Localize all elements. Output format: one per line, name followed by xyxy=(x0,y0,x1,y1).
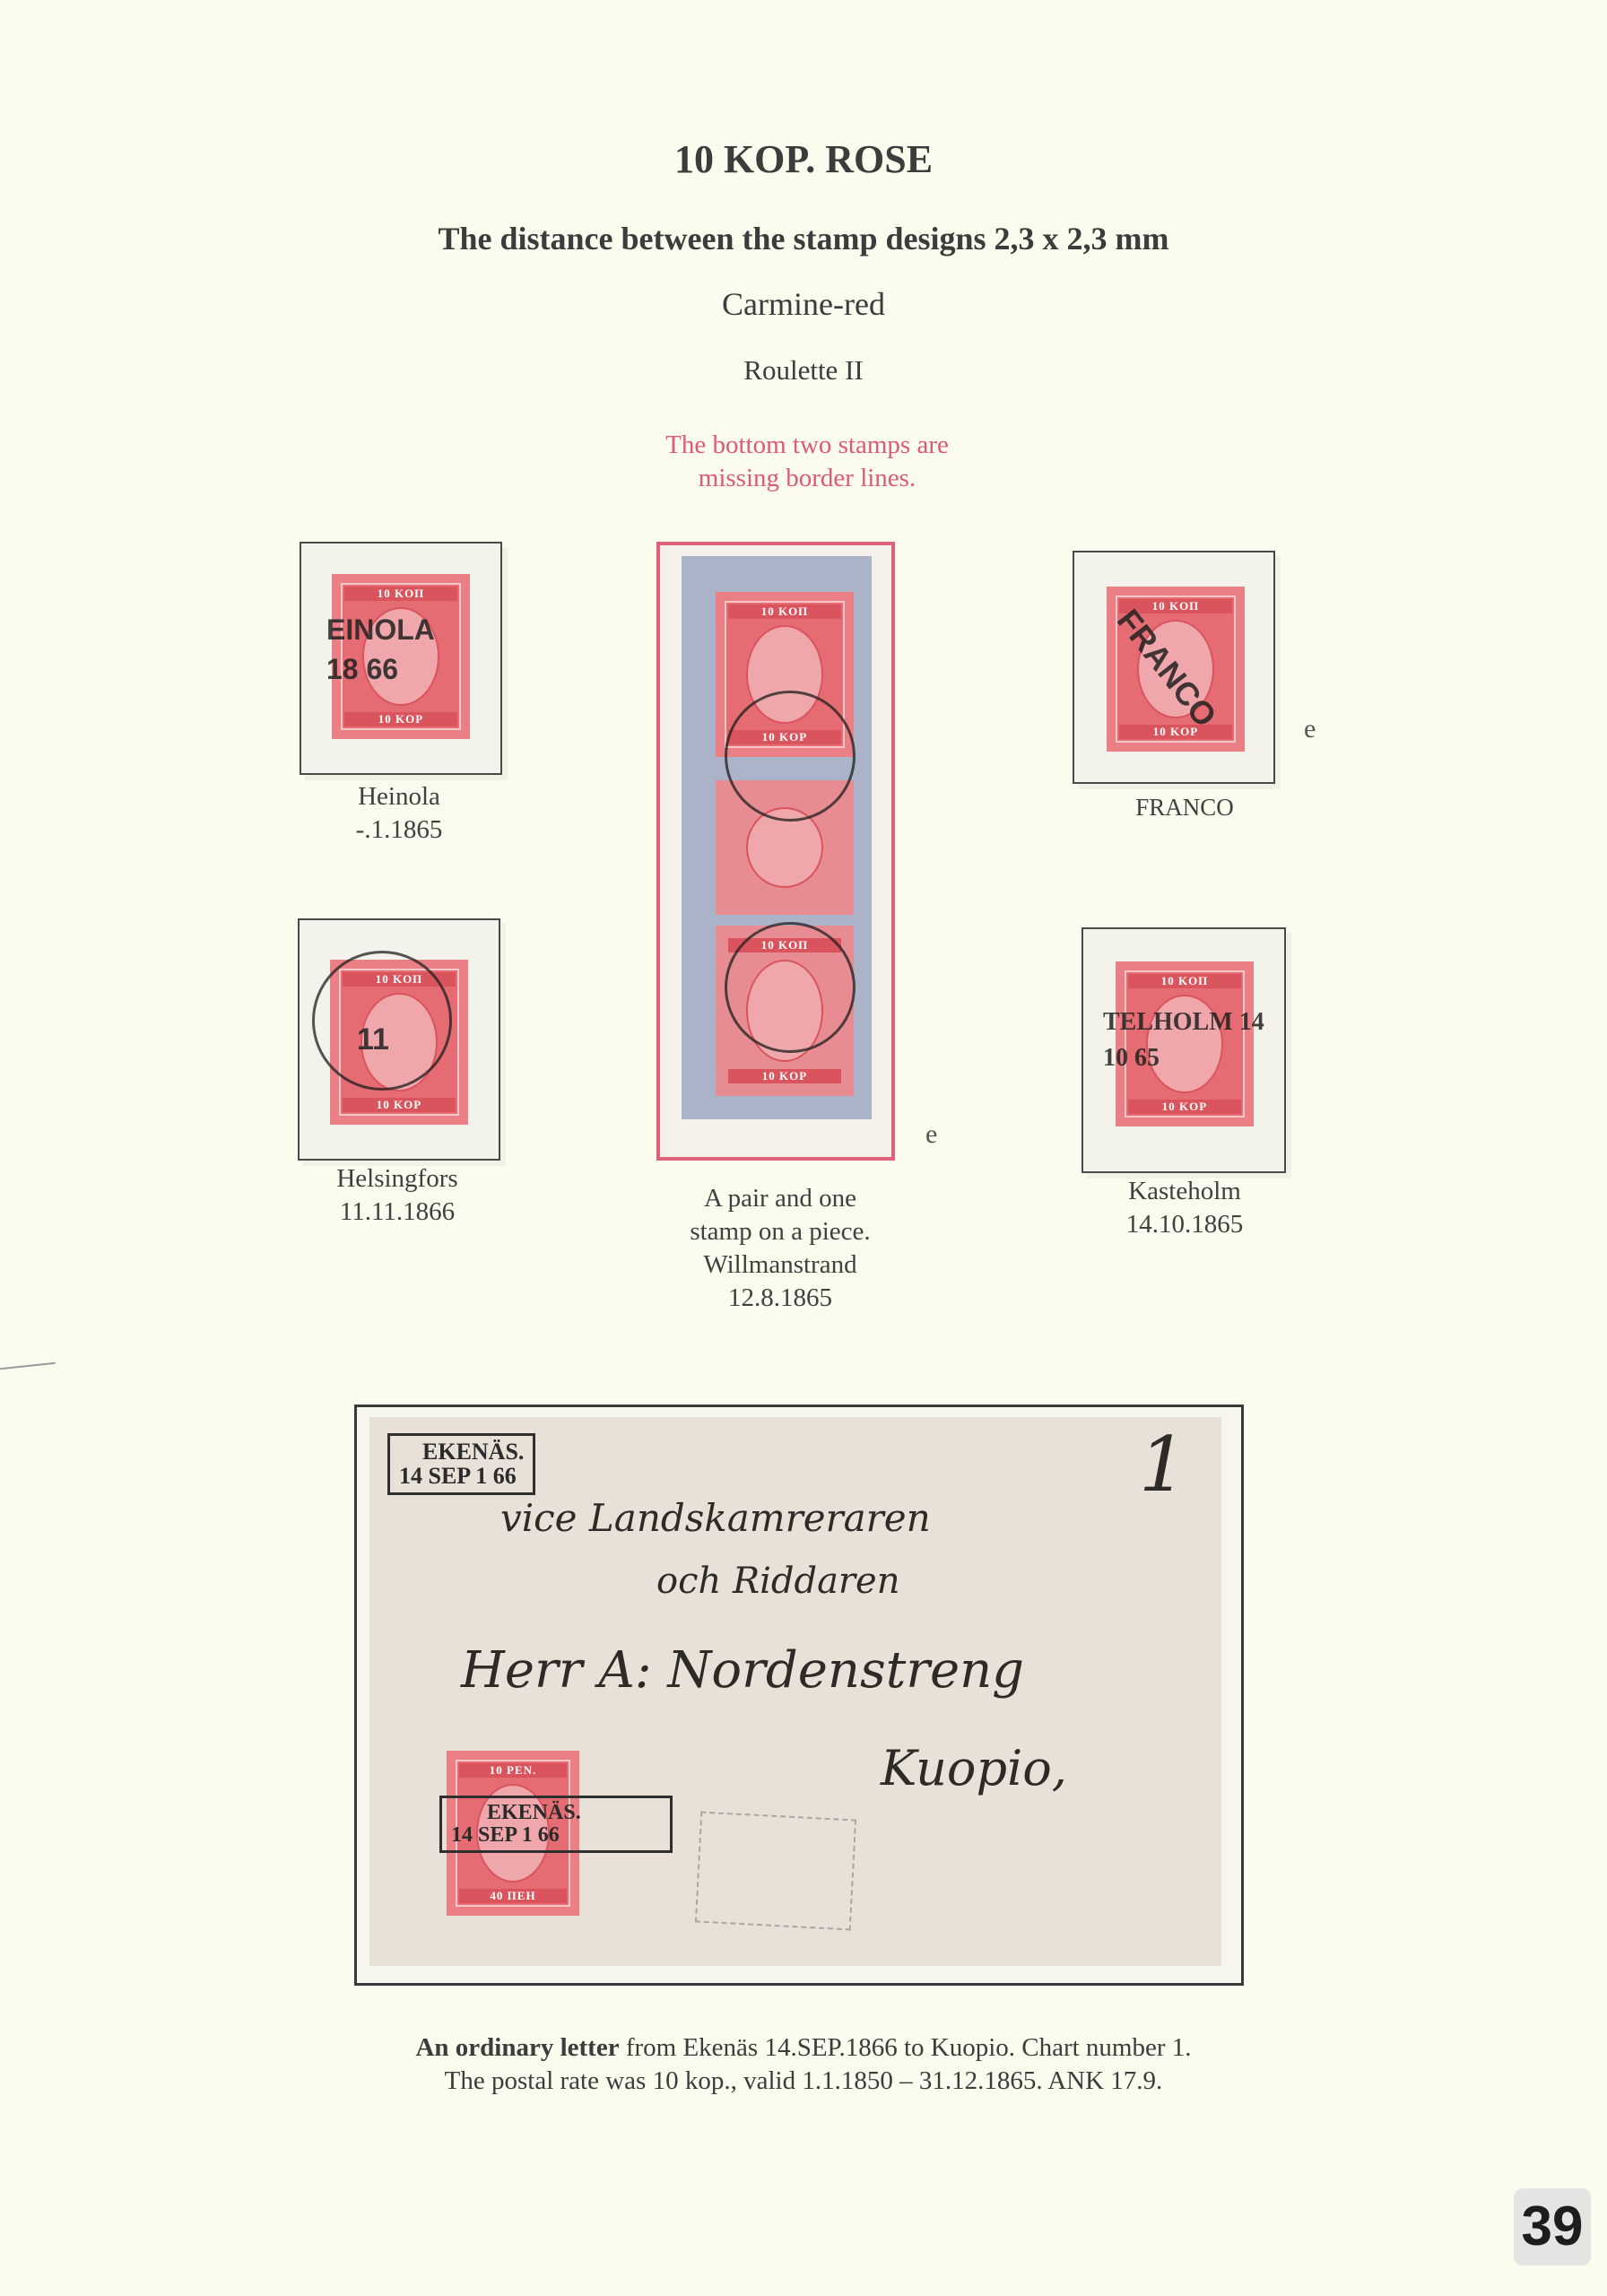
address-line: Kuopio, xyxy=(881,1740,1067,1796)
caption-date: 11.11.1866 xyxy=(298,1196,497,1229)
caption-franco: FRANCO xyxy=(1073,791,1297,824)
variety-mark: e xyxy=(925,1119,937,1150)
page-number: 39 xyxy=(1514,2188,1591,2266)
stamp-image: 10 KOП 10 KOP FRANCO xyxy=(1107,587,1245,752)
address-line: och Riddaren xyxy=(656,1561,899,1602)
stamp-mount-heinola: 10 KOП 10 KOP EINOLA 18 66 xyxy=(300,542,502,775)
stamp-mount-kasteholm: 10 KOП 10 KOP TELHOLM 14 10 65 xyxy=(1081,927,1286,1173)
page-title: 10 KOP. ROSE xyxy=(0,136,1607,182)
margin-pencil-mark xyxy=(0,1362,56,1370)
caption-place: Helsingfors xyxy=(298,1162,497,1196)
caption-date: 14.10.1865 xyxy=(1073,1208,1297,1241)
stamp-top-band: 10 KOП xyxy=(728,604,841,619)
cover-description: An ordinary letter from Ekenäs 14.SEP.18… xyxy=(0,2031,1607,2098)
postmark: EINOLA 18 66 xyxy=(326,610,470,689)
stamp-bottom-band: 10 KOP xyxy=(343,1098,456,1112)
caption-date: -.1.1865 xyxy=(300,813,499,847)
piece-paper: 10 KOП 10 KOP 10 KOП 10 KOP xyxy=(682,556,872,1119)
stamp-bottom-band: 10 KOP xyxy=(728,1069,841,1083)
rate-mark: 1 xyxy=(1139,1421,1186,1509)
stamp-top-band: 10 KOП xyxy=(344,587,457,601)
ekenas-box-postmark-on-stamp: EKENÄS. 14 SEP 1 66 xyxy=(439,1796,673,1853)
caption-kasteholm: Kasteholm 14.10.1865 xyxy=(1073,1175,1297,1241)
caption-line: stamp on a piece. xyxy=(646,1215,915,1248)
border-lines-note: The bottom two stamps are missing border… xyxy=(628,429,986,495)
caption-helsingfors: Helsingfors 11.11.1866 xyxy=(298,1162,497,1229)
shade-label: Carmine-red xyxy=(0,285,1607,323)
caption-place: Willmanstrand xyxy=(646,1248,915,1282)
caption-place: Kasteholm xyxy=(1073,1175,1297,1208)
stamp-mount-franco: 10 KOП 10 KOP FRANCO xyxy=(1073,551,1275,784)
ekenas-box-postmark: EKENÄS. 14 SEP 1 66 xyxy=(387,1433,535,1495)
description-rest: from Ekenäs 14.SEP.1866 to Kuopio. Chart… xyxy=(620,2033,1192,2062)
stamp-bottom-band: 40 ПЕН xyxy=(459,1889,567,1903)
stamp-mount-helsingfors: 10 KOП 10 KOP 11 xyxy=(298,918,500,1161)
stamp-bottom-band: 10 KOP xyxy=(1128,1100,1241,1114)
stamp-top-band: 10 PEN. xyxy=(459,1763,567,1778)
stamp-image: 10 KOП 10 KOP EINOLA 18 66 xyxy=(332,574,470,739)
envelope: EKENÄS. 14 SEP 1 66 1 vice Landskamrerar… xyxy=(369,1417,1221,1966)
stamp-image: 10 KOП 10 KOP TELHOLM 14 10 65 xyxy=(1116,961,1254,1126)
stamp-image: 10 KOП 10 KOP 11 xyxy=(330,960,468,1125)
caption-place: Heinola xyxy=(300,780,499,813)
caption-piece: A pair and one stamp on a piece. Willman… xyxy=(646,1182,915,1315)
stamp-bottom-band: 10 KOP xyxy=(344,712,457,726)
description-line-1: An ordinary letter from Ekenäs 14.SEP.18… xyxy=(0,2031,1607,2065)
perforation-label: Roulette II xyxy=(0,354,1607,387)
variety-mark: e xyxy=(1304,714,1316,744)
circular-postmark xyxy=(725,922,856,1053)
page-subtitle: The distance between the stamp designs 2… xyxy=(0,220,1607,257)
address-line: Herr A: Nordenstreng xyxy=(461,1641,1024,1700)
caption-line: A pair and one xyxy=(646,1182,915,1215)
postmark: TELHOLM 14 10 65 xyxy=(1103,1004,1264,1076)
description-line-2: The postal rate was 10 kop., valid 1.1.1… xyxy=(0,2065,1607,2098)
address-line: vice Landskamreraren xyxy=(500,1496,931,1540)
postmark-town: EKENÄS. xyxy=(399,1439,524,1464)
faint-box-postmark xyxy=(695,1812,856,1931)
stamp-top-band: 10 KOП xyxy=(1128,974,1241,988)
postmark-date: 14 SEP 1 66 xyxy=(399,1464,524,1488)
caption-heinola: Heinola -.1.1865 xyxy=(300,780,499,847)
caption-place: FRANCO xyxy=(1073,791,1297,824)
stamp-bottom-band: 10 KOP xyxy=(1119,725,1232,739)
description-lead: An ordinary letter xyxy=(415,2033,619,2062)
circular-postmark xyxy=(725,691,856,822)
postmark-town: EKENÄS. xyxy=(451,1802,661,1824)
caption-date: 12.8.1865 xyxy=(646,1282,915,1315)
postmark: 11 xyxy=(357,1022,389,1057)
postmark-date: 14 SEP 1 66 xyxy=(451,1824,661,1847)
circular-postmark xyxy=(312,951,452,1091)
